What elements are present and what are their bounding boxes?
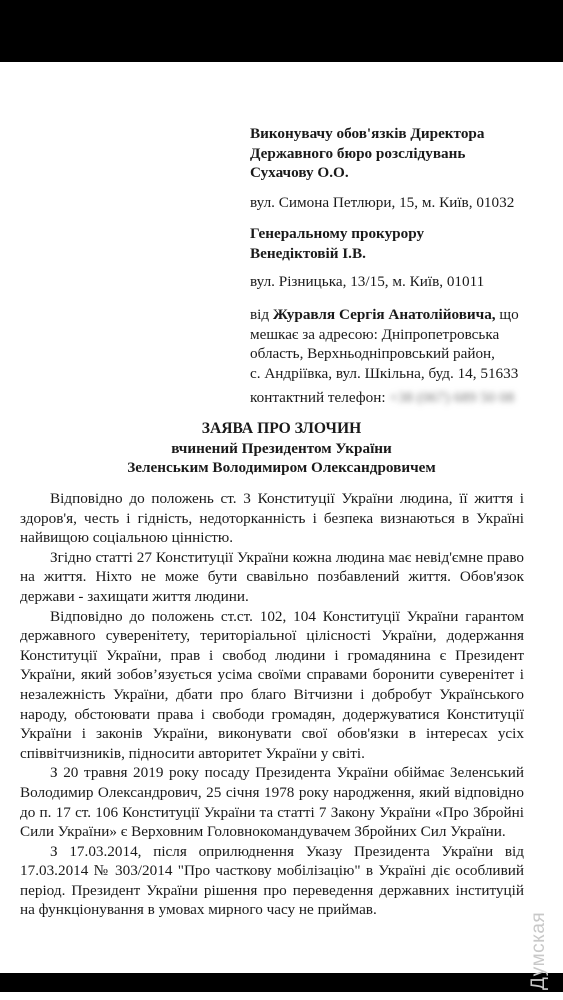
sender-prefix: від bbox=[250, 306, 273, 323]
sender-address-line: с. Андріївка, вул. Шкільна, буд. 14, 516… bbox=[250, 364, 550, 384]
top-black-bar bbox=[0, 0, 563, 62]
recipient-1-block: Виконувачу обов'язків Директора Державно… bbox=[250, 124, 550, 183]
phone-label: контактний телефон: bbox=[250, 389, 389, 406]
recipient-2-line: Венедіктовій І.В. bbox=[250, 244, 550, 264]
body-paragraph: Відповідно до положень ст.ст. 102, 104 К… bbox=[20, 607, 524, 764]
title-main: ЗАЯВА ПРО ЗЛОЧИН bbox=[0, 419, 563, 439]
recipient-1-line: Сухачову О.О. bbox=[250, 163, 550, 183]
sender-name-line: від Журавля Сергія Анатолійовича, що bbox=[250, 305, 550, 325]
recipient-2-block: Генеральному прокурору Венедіктовій І.В. bbox=[250, 224, 550, 263]
sender-address-line: мешкає за адресою: Дніпропетровська bbox=[250, 325, 550, 345]
sender-name: Журавля Сергія Анатолійовича, bbox=[273, 306, 496, 323]
body-paragraph: Згідно статті 27 Конституції України кож… bbox=[20, 548, 524, 607]
body-paragraph: З 20 травня 2019 року посаду Президента … bbox=[20, 763, 524, 841]
phone-number-redacted: +38 (067) 689 50 08 bbox=[389, 388, 514, 408]
phone-line: контактний телефон: +38 (067) 689 50 08 bbox=[250, 388, 550, 408]
sender-address-line: область, Верхньодніпровський район, bbox=[250, 344, 550, 364]
recipient-1-address-text: вул. Симона Петлюри, 15, м. Київ, 01032 bbox=[250, 193, 550, 213]
recipient-1-line: Державного бюро розслідувань bbox=[250, 144, 550, 164]
title-subline: вчинений Президентом України bbox=[0, 439, 563, 459]
document-page: Виконувачу обов'язків Директора Державно… bbox=[0, 62, 563, 973]
bottom-black-bar bbox=[0, 973, 563, 992]
body-paragraph: З 17.03.2014, після оприлюднення Указу П… bbox=[20, 842, 524, 920]
body-paragraph: Відповідно до положень ст. 3 Конституції… bbox=[20, 489, 524, 548]
title-subline: Зеленським Володимиром Олександровичем bbox=[0, 458, 563, 478]
recipient-1-line: Виконувачу обов'язків Директора bbox=[250, 124, 550, 144]
sender-suffix: що bbox=[496, 306, 519, 323]
recipient-2-address: вул. Різницька, 13/15, м. Київ, 01011 bbox=[250, 272, 550, 292]
sender-block: від Журавля Сергія Анатолійовича, що меш… bbox=[250, 305, 550, 383]
recipient-2-line: Генеральному прокурору bbox=[250, 224, 550, 244]
watermark-logo: Думская bbox=[528, 950, 563, 990]
statement-title: ЗАЯВА ПРО ЗЛОЧИН вчинений Президентом Ук… bbox=[0, 419, 563, 478]
sender-phone: контактний телефон: +38 (067) 689 50 08 bbox=[250, 388, 550, 408]
recipient-1-address: вул. Симона Петлюри, 15, м. Київ, 01032 bbox=[250, 193, 550, 213]
statement-body: Відповідно до положень ст. 3 Конституції… bbox=[20, 489, 524, 920]
recipient-2-address-text: вул. Різницька, 13/15, м. Київ, 01011 bbox=[250, 272, 550, 292]
